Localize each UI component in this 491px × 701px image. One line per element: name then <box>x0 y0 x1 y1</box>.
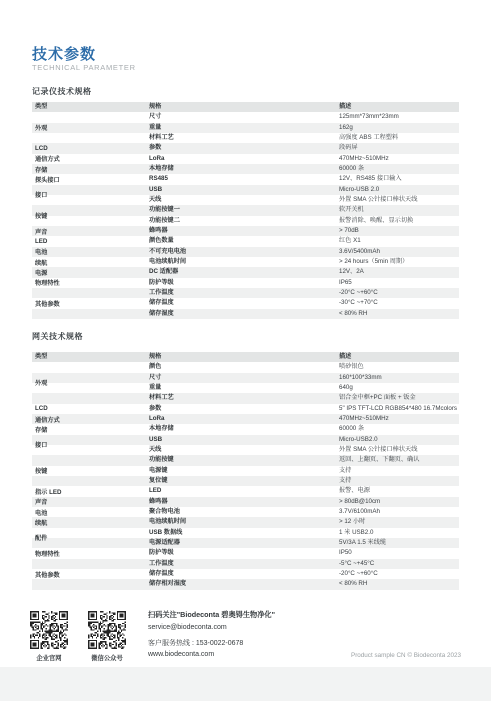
spec-cell: 工作温度 <box>146 559 336 569</box>
desc-cell: 外置 SMA 公针接口棒状天线 <box>336 445 459 455</box>
desc-cell: -20°C ~+60°C <box>336 288 459 298</box>
page-title: 技术参数 <box>32 43 96 64</box>
type-cell: 物理特性 <box>32 548 146 558</box>
type-cell: 接口 <box>32 185 146 206</box>
type-cell: 存储 <box>32 424 146 434</box>
type-cell: 接口 <box>32 435 146 456</box>
spec-cell: 电池续航时间 <box>146 517 336 527</box>
type-cell: 其他参数 <box>32 559 146 590</box>
type-cell: 续航 <box>32 257 146 267</box>
type-cell: LCD <box>32 404 146 414</box>
desc-cell: 铝合金中框+PC 面板 + 钣金 <box>336 393 459 403</box>
spec-cell: 储存相对湿度 <box>146 579 336 589</box>
section-title-recorder: 记录仪技术规格 <box>32 86 92 97</box>
type-cell: 其他参数 <box>32 288 146 319</box>
spec-cell: 重量 <box>146 123 336 133</box>
type-cell: LCD <box>32 143 146 153</box>
footer-hotline: 客户服务热线 : 153-0022-0678 <box>148 638 243 648</box>
spec-cell: 颜色数量 <box>146 236 336 246</box>
spec-cell: 颜色 <box>146 362 336 372</box>
spec-cell: 聚合物电池 <box>146 507 336 517</box>
spec-cell: RS485 <box>146 174 336 184</box>
desc-cell: 红色 X1 <box>336 236 459 246</box>
desc-cell: -30°C ~+70°C <box>336 298 459 308</box>
gateway-spec-table: 类型规格描述外观颜色喷砂银色尺寸160*100*33mm重量640g材料工艺铝合… <box>32 352 459 590</box>
desc-cell: 支持 <box>336 476 459 486</box>
type-cell: 电池 <box>32 507 146 517</box>
spec-cell: DC 适配器 <box>146 267 336 277</box>
footer-follow-text: 扫码关注"Biodeconta 碧奥锝生物净化" <box>148 610 275 620</box>
type-cell: 电源 <box>32 267 146 277</box>
type-cell: 续航 <box>32 517 146 527</box>
desc-cell: 喷砂银色 <box>336 362 459 372</box>
column-header: 规格 <box>146 102 336 112</box>
type-cell: 声音 <box>32 497 146 507</box>
qr-label-website: 企业官网 <box>30 653 68 662</box>
desc-cell: 段码屏 <box>336 143 459 153</box>
type-cell: 配件 <box>32 528 146 549</box>
type-cell: 按键 <box>32 455 146 486</box>
spec-cell: 本地存储 <box>146 164 336 174</box>
spec-cell: 功能按键二 <box>146 216 336 226</box>
desc-cell: 5V/3A 1.5 米线缆 <box>336 538 459 548</box>
type-cell: 按键 <box>32 205 146 226</box>
desc-cell: > 70dB <box>336 226 459 236</box>
desc-cell: 支持 <box>336 466 459 476</box>
spec-cell: USB 数据线 <box>146 528 336 538</box>
spec-cell: 电池续航时间 <box>146 257 336 267</box>
desc-cell: 12V、2A <box>336 267 459 277</box>
column-header: 类型 <box>32 352 146 362</box>
desc-cell: 162g <box>336 123 459 133</box>
spec-cell: USB <box>146 435 336 445</box>
type-cell: 外观 <box>32 112 146 143</box>
type-cell: 指示 LED <box>32 486 146 496</box>
desc-cell: 640g <box>336 383 459 393</box>
footer-copyright: Product sample CN © Biodeconta 2023 <box>351 652 461 659</box>
desc-cell: 470MHz~510MHz <box>336 414 459 424</box>
spec-cell: 防护等级 <box>146 548 336 558</box>
type-cell: LED <box>32 236 146 246</box>
desc-cell: -5°C ~+45°C <box>336 559 459 569</box>
type-cell: 存储 <box>32 164 146 174</box>
footer-email: service@biodeconta.com <box>148 624 227 631</box>
desc-cell: Micro-USB 2.0 <box>336 185 459 195</box>
desc-cell: 160*100*33mm <box>336 373 459 383</box>
spec-cell: 电源适配器 <box>146 538 336 548</box>
spec-cell: 蜂鸣器 <box>146 226 336 236</box>
desc-cell: IP65 <box>336 278 459 288</box>
qr-label-wechat: 微信公众号 <box>84 653 130 662</box>
desc-cell: 60000 条 <box>336 424 459 434</box>
type-cell: 探头接口 <box>32 174 146 184</box>
spec-cell: 电源键 <box>146 466 336 476</box>
spec-cell: LED <box>146 486 336 496</box>
desc-cell: < 80% RH <box>336 579 459 589</box>
type-cell: 电池 <box>32 247 146 257</box>
desc-cell: 软开关机 <box>336 205 459 215</box>
spec-cell: 储存温度 <box>146 298 336 308</box>
spec-cell: 参数 <box>146 143 336 153</box>
desc-cell: 5" IPS TFT-LCD RGB854*480 16.7Mcolors <box>336 404 459 414</box>
desc-cell: 60000 条 <box>336 164 459 174</box>
spec-cell: 参数 <box>146 404 336 414</box>
desc-cell: > 12 小时 <box>336 517 459 527</box>
desc-cell: < 80% RH <box>336 309 459 319</box>
spec-cell: LoRa <box>146 414 336 424</box>
spec-cell: 蜂鸣器 <box>146 497 336 507</box>
spec-cell: 重量 <box>146 383 336 393</box>
desc-cell: > 80dB@10cm <box>336 497 459 507</box>
qr-code-website <box>30 611 68 649</box>
desc-cell: 返回、上翻页、下翻页、确认 <box>336 455 459 465</box>
table-grid: 类型规格描述外观尺寸125mm*73mm*23mm重量162g材料工艺高强度 A… <box>32 102 459 319</box>
spec-cell: USB <box>146 185 336 195</box>
type-cell: 通信方式 <box>32 154 146 164</box>
spec-cell: 本地存储 <box>146 424 336 434</box>
desc-cell: 报警消除、唤醒、显示切换 <box>336 216 459 226</box>
spec-cell: 材料工艺 <box>146 133 336 143</box>
desc-cell: Micro-USB2.0 <box>336 435 459 445</box>
spec-cell: 复位键 <box>146 476 336 486</box>
type-cell: 通信方式 <box>32 414 146 424</box>
spec-cell: 不可充电电池 <box>146 247 336 257</box>
desc-cell: 外置 SMA 公针接口棒状天线 <box>336 195 459 205</box>
desc-cell: 3.7V/6100mAh <box>336 507 459 517</box>
section-title-gateway: 网关技术规格 <box>32 331 83 342</box>
spec-sheet-page: 技术参数 TECHNICAL PARAMETER 记录仪技术规格 类型规格描述外… <box>0 0 491 701</box>
desc-cell: 1 米 USB2.0 <box>336 528 459 538</box>
desc-cell: 高强度 ABS 工程塑料 <box>336 133 459 143</box>
desc-cell: > 24 hours（5min 周期） <box>336 257 459 267</box>
spec-cell: 尺寸 <box>146 112 336 122</box>
column-header: 描述 <box>336 102 459 112</box>
spec-cell: 储存湿度 <box>146 309 336 319</box>
spec-cell: 功能按键 <box>146 455 336 465</box>
type-cell: 物理特性 <box>32 278 146 288</box>
spec-cell: 储存温度 <box>146 569 336 579</box>
desc-cell: 470MHz~510MHz <box>336 154 459 164</box>
spec-cell: 天线 <box>146 445 336 455</box>
type-cell: 外观 <box>32 362 146 403</box>
spec-cell: 功能按键一 <box>146 205 336 215</box>
spec-cell: LoRa <box>146 154 336 164</box>
page-subtitle: TECHNICAL PARAMETER <box>32 63 136 72</box>
spec-cell: 防护等级 <box>146 278 336 288</box>
column-header: 描述 <box>336 352 459 362</box>
bottom-band <box>0 667 491 701</box>
qr-code-wechat <box>88 611 126 649</box>
desc-cell: 报警、电源 <box>336 486 459 496</box>
footer-website: www.biodeconta.com <box>148 651 214 658</box>
column-header: 规格 <box>146 352 336 362</box>
desc-cell: 3.6V/5400mAh <box>336 247 459 257</box>
desc-cell: 125mm*73mm*23mm <box>336 112 459 122</box>
recorder-spec-table: 类型规格描述外观尺寸125mm*73mm*23mm重量162g材料工艺高强度 A… <box>32 102 459 319</box>
desc-cell: IP50 <box>336 548 459 558</box>
spec-cell: 材料工艺 <box>146 393 336 403</box>
spec-cell: 天线 <box>146 195 336 205</box>
desc-cell: 12V、RS485 接口输入 <box>336 174 459 184</box>
desc-cell: -20°C ~+60°C <box>336 569 459 579</box>
spec-cell: 工作温度 <box>146 288 336 298</box>
table-grid: 类型规格描述外观颜色喷砂银色尺寸160*100*33mm重量640g材料工艺铝合… <box>32 352 459 590</box>
type-cell: 声音 <box>32 226 146 236</box>
spec-cell: 尺寸 <box>146 373 336 383</box>
column-header: 类型 <box>32 102 146 112</box>
